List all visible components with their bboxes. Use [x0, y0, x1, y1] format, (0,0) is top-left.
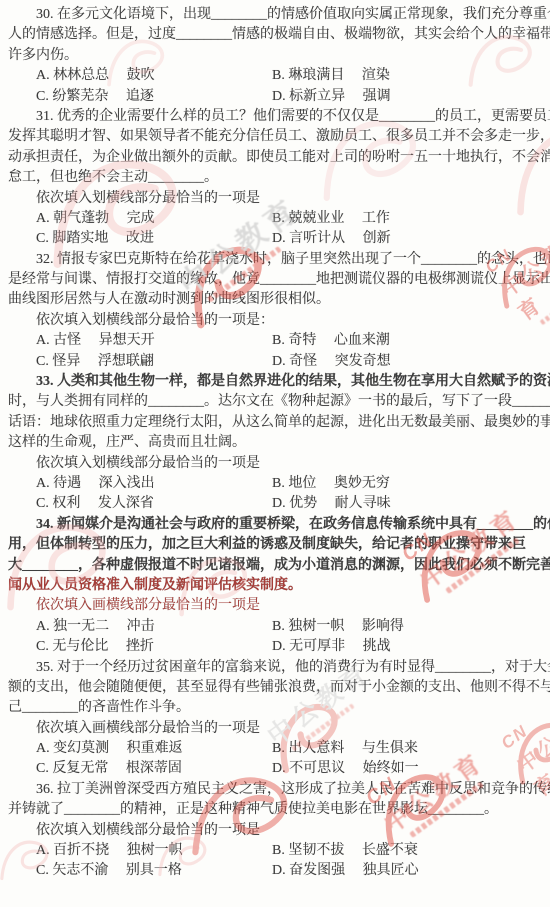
question-stem-line: 己________的吝啬性作斗争。: [8, 698, 544, 718]
question-33: 33. 人类和其他生物一样，都是自然界进化的结果，其他生物在享用大自然赋予的资源…: [8, 372, 544, 515]
option-33-d: D. 优势 耐人寻味: [272, 494, 544, 514]
option-32-a: A. 古怪 异想天开: [36, 331, 272, 351]
question-stem-line: 人的情感选择。但是，过度________情感的极端自由、极端物欲，其实会给个人的…: [8, 25, 544, 45]
fill-in-prompt: 依次填入划横线部分最恰当的一项是: [8, 454, 544, 474]
option-30-d: D. 标新立异 强调: [272, 87, 544, 107]
option-34-a: A. 独一无二 冲击: [36, 617, 272, 637]
question-stem-line: 话语：地球依照重力定理绕行太阳，从这么简单的起源，进化出无数最美丽、最奥妙的事物…: [8, 413, 544, 433]
document-body: 30. 在多元文化语境下，出现________的情感价值取向实属正常现象，我们充…: [8, 5, 544, 882]
question-stem-line: 32. 情报专家巴克斯特在给花草浇水时，脑子里突然出现了一个________的念…: [8, 250, 544, 270]
option-31-a: A. 朝气蓬勃 完成: [36, 209, 272, 229]
question-stem-line: 34. 新闻媒介是沟通社会与政府的重要桥梁，在政务信息传输系统中具有______…: [8, 515, 544, 535]
option-36-a: A. 百折不挠 独树一帜: [36, 841, 272, 861]
options-row: C. 脚踏实地 改进D. 言听计从 创新: [8, 229, 544, 249]
options-row: A. 独一无二 冲击B. 独树一帜 影响得: [8, 617, 544, 637]
options-row: C. 怪异 浮想联翩D. 奇怪 突发奇想: [8, 352, 544, 372]
option-32-b: B. 奇特 心血来潮: [272, 331, 544, 351]
option-30-c: C. 纷繁芜杂 追逐: [36, 87, 272, 107]
question-stem-line: 36. 拉丁美洲曾深受西方殖民主义之害，这形成了拉美人民在苦难中反思和竞争的传统…: [8, 780, 544, 800]
question-stem-line: 30. 在多元文化语境下，出现________的情感价值取向实属正常现象，我们充…: [8, 5, 544, 25]
question-stem-line: 35. 对于一个经历过贫困童年的富翁来说，他的消费行为有时显得________，…: [8, 658, 544, 678]
option-35-d: D. 不可思议 始终如一: [272, 759, 544, 779]
options-row: A. 百折不挠 独树一帜B. 坚韧不拔 长盛不衰: [8, 841, 544, 861]
option-33-a: A. 待遇 深入浅出: [36, 474, 272, 494]
option-31-b: B. 兢兢业业 工作: [272, 209, 544, 229]
option-36-b: B. 坚韧不拔 长盛不衰: [272, 841, 544, 861]
question-stem-line: 许多内伤。: [8, 46, 544, 66]
question-stem-line: 时，与人类拥有同样的________。达尔文在《物种起源》一书的最后，写下了一段…: [8, 392, 544, 412]
option-32-c: C. 怪异 浮想联翩: [36, 352, 272, 372]
option-35-b: B. 出人意料 与生俱来: [272, 739, 544, 759]
option-36-d: D. 奋发图强 独具匠心: [272, 861, 544, 881]
options-row: C. 权利 发人深省D. 优势 耐人寻味: [8, 494, 544, 514]
options-row: A. 古怪 异想天开B. 奇特 心血来潮: [8, 331, 544, 351]
fill-in-prompt: 依次填入画横线部分最恰当的一项是: [8, 596, 544, 616]
question-stem-line: 发挥其聪明才智、如果领导者不能充分信任员工、激励员工、很多员工并不会多走一步，主: [8, 127, 544, 147]
options-row: A. 林林总总 鼓吹B. 琳琅满目 渲染: [8, 66, 544, 86]
question-stem-line: 动承担责任，为企业做出额外的贡献。即使员工能对上司的吩咐一五一十地执行，不会消极: [8, 148, 544, 168]
question-stem-line: 是经常与间谍、情报打交道的缘故，他竟________地把测谎仪器的电极绑测谎仪上…: [8, 270, 544, 290]
question-31: 31. 优秀的企业需要什么样的员工？他们需要的不仅仅是________的员工，更…: [8, 107, 544, 250]
question-stem-line: 额的支出，他会随随便便，甚至显得有些铺张浪费，而对于小金额的支出、他则不得不与自: [8, 678, 544, 698]
option-33-b: B. 地位 奥妙无穷: [272, 474, 544, 494]
option-34-c: C. 无与伦比 挫折: [36, 637, 272, 657]
fill-in-prompt: 依次填入划横线部分最恰当的一项是: [8, 189, 544, 209]
question-stem-line: 31. 优秀的企业需要什么样的员工？他们需要的不仅仅是________的员工，更…: [8, 107, 544, 127]
question-stem-line: 大________，各种虚假报道不时见诸报端，成为小道消息的渊源，因此我们必须不…: [8, 556, 544, 576]
question-30: 30. 在多元文化语境下，出现________的情感价值取向实属正常现象，我们充…: [8, 5, 544, 107]
option-34-d: D. 无可厚非 挑战: [272, 637, 544, 657]
options-row: A. 待遇 深入浅出B. 地位 奥妙无穷: [8, 474, 544, 494]
question-stem-line: 这样的生命观，庄严、高贵而且壮阔。: [8, 433, 544, 453]
option-33-c: C. 权利 发人深省: [36, 494, 272, 514]
options-row: C. 反复无常 根深蒂固D. 不可思议 始终如一: [8, 759, 544, 779]
option-30-b: B. 琳琅满目 渲染: [272, 66, 544, 86]
option-36-c: C. 矢志不渝 别具一格: [36, 861, 272, 881]
fill-in-prompt: 依次填入划横线部分最恰当的一项是：: [8, 311, 544, 331]
exam-page: 30. 在多元文化语境下，出现________的情感价值取向实属正常现象，我们充…: [0, 0, 550, 907]
option-35-c: C. 反复无常 根深蒂固: [36, 759, 272, 779]
options-row: A. 朝气蓬勃 完成B. 兢兢业业 工作: [8, 209, 544, 229]
question-stem-line: 曲线图形居然与人在激动时测到的曲线图形很相似。: [8, 290, 544, 310]
options-row: C. 矢志不渝 别具一格D. 奋发图强 独具匠心: [8, 861, 544, 881]
fill-in-prompt: 依次填入画横线部分最恰当的一项是: [8, 719, 544, 739]
option-31-d: D. 言听计从 创新: [272, 229, 544, 249]
question-stem-line: 用，但体制转型的压力，加之巨大利益的诱惑及制度缺失，给记者的职业操守带来巨: [8, 535, 544, 555]
option-35-a: A. 变幻莫测 积重难返: [36, 739, 272, 759]
option-32-d: D. 奇怪 突发奇想: [272, 352, 544, 372]
options-row: C. 无与伦比 挫折D. 无可厚非 挑战: [8, 637, 544, 657]
options-row: A. 变幻莫测 积重难返B. 出人意料 与生俱来: [8, 739, 544, 759]
option-30-a: A. 林林总总 鼓吹: [36, 66, 272, 86]
question-34: 34. 新闻媒介是沟通社会与政府的重要桥梁，在政务信息传输系统中具有______…: [8, 515, 544, 658]
option-34-b: B. 独树一帜 影响得: [272, 617, 544, 637]
question-stem-line: 并铸就了________的精神，正是这种精神气质使拉美电影在世界影坛______…: [8, 800, 544, 820]
question-35: 35. 对于一个经历过贫困童年的富翁来说，他的消费行为有时显得________，…: [8, 658, 544, 780]
question-stem-line: 33. 人类和其他生物一样，都是自然界进化的结果，其他生物在享用大自然赋予的资源: [8, 372, 544, 392]
option-31-c: C. 脚踏实地 改进: [36, 229, 272, 249]
options-row: C. 纷繁芜杂 追逐D. 标新立异 强调: [8, 87, 544, 107]
question-32: 32. 情报专家巴克斯特在给花草浇水时，脑子里突然出现了一个________的念…: [8, 250, 544, 372]
question-36: 36. 拉丁美洲曾深受西方殖民主义之害，这形成了拉美人民在苦难中反思和竞争的传统…: [8, 780, 544, 882]
fill-in-prompt: 依次填入划横线部分最恰当的一项是: [8, 821, 544, 841]
question-stem-line: 闻从业人员资格准入制度及新闻评估核实制度。: [8, 576, 544, 596]
question-stem-line: 怠工，但也绝不会主动________。: [8, 168, 544, 188]
